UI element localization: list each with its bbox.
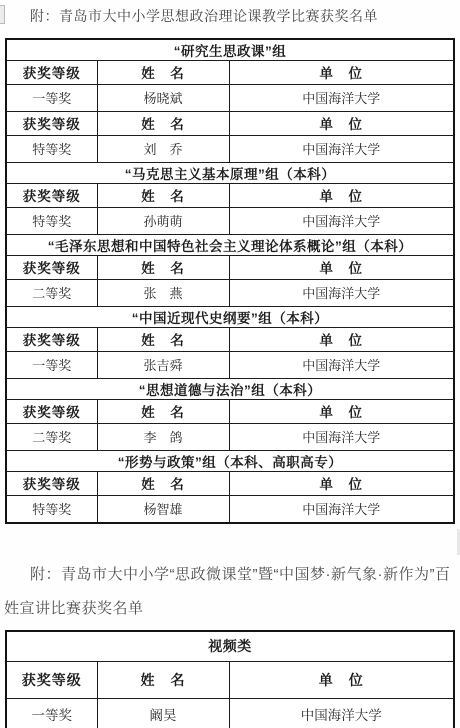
cell-award-level: 二等奖	[6, 423, 97, 450]
col-header-name: 姓 名	[97, 399, 229, 423]
column-header-row: 获奖等级姓 名单 位	[6, 327, 454, 351]
col-header-unit: 单 位	[229, 60, 454, 84]
col-header-name: 姓 名	[97, 255, 229, 279]
col-header-name: 姓 名	[97, 183, 229, 207]
cell-award-level: 特等奖	[6, 207, 97, 234]
left-edge-fragment	[0, 5, 5, 24]
col-header-level: 获奖等级	[6, 60, 97, 84]
cell-award-level: 一等奖	[6, 84, 97, 111]
cell-award-level: 一等奖	[6, 351, 97, 378]
section-title-row: “毛泽东思想和中国特色社会主义理论体系概论”组（本科）	[6, 234, 454, 255]
cell-award-level: 二等奖	[6, 279, 97, 306]
cell-unit: 中国海洋大学	[229, 207, 454, 234]
section-title-row: 视频类	[6, 631, 454, 662]
section-title-row: “形势与政策”组（本科、高职高专）	[6, 450, 454, 471]
cell-unit: 中国海洋大学	[229, 698, 454, 728]
col-header-level: 获奖等级	[6, 255, 97, 279]
cell-winner-name: 李 鸽	[97, 423, 229, 450]
column-header-row: 获奖等级姓 名单 位	[6, 399, 454, 423]
cell-winner-name: 刘 乔	[97, 135, 229, 162]
column-header-row: 获奖等级姓 名单 位	[6, 60, 454, 84]
col-header-name: 姓 名	[97, 661, 229, 698]
col-header-name: 姓 名	[97, 60, 229, 84]
cell-unit: 中国海洋大学	[229, 423, 454, 450]
section-title: “形势与政策”组（本科、高职高专）	[6, 450, 454, 471]
section-title: “毛泽东思想和中国特色社会主义理论体系概论”组（本科）	[6, 234, 454, 255]
cell-winner-name: 杨智雄	[97, 495, 229, 523]
cell-unit: 中国海洋大学	[229, 495, 454, 523]
col-header-name: 姓 名	[97, 327, 229, 351]
award-row: 特等奖刘 乔中国海洋大学	[6, 135, 454, 162]
cell-winner-name: 孙萌萌	[97, 207, 229, 234]
award-row: 特等奖杨智雄中国海洋大学	[6, 495, 454, 523]
section-title: “研究生思政课”组	[6, 39, 454, 61]
cell-winner-name: 张吉舜	[97, 351, 229, 378]
col-header-unit: 单 位	[229, 471, 454, 495]
column-header-row: 获奖等级姓 名单 位	[6, 661, 454, 698]
col-header-unit: 单 位	[229, 327, 454, 351]
col-header-level: 获奖等级	[6, 183, 97, 207]
cell-unit: 中国海洋大学	[229, 84, 454, 111]
col-header-level: 获奖等级	[6, 111, 97, 135]
section-title-row: “研究生思政课”组	[6, 39, 454, 61]
award-row: 二等奖李 鸽中国海洋大学	[6, 423, 454, 450]
award-row: 二等奖张 燕中国海洋大学	[6, 279, 454, 306]
cell-award-level: 特等奖	[6, 495, 97, 523]
awards-table-teaching-competition: “研究生思政课”组获奖等级姓 名单 位一等奖杨晓斌中国海洋大学获奖等级姓 名单 …	[5, 38, 455, 524]
col-header-level: 获奖等级	[6, 399, 97, 423]
award-row: 特等奖孙萌萌中国海洋大学	[6, 207, 454, 234]
cell-unit: 中国海洋大学	[229, 135, 454, 162]
attachment-title-1: 附：青岛市大中小学思想政治理论课教学比赛获奖名单	[6, 7, 450, 27]
section-title: “马克思主义基本原理”组（本科）	[6, 162, 454, 183]
column-header-row: 获奖等级姓 名单 位	[6, 255, 454, 279]
col-header-unit: 单 位	[229, 183, 454, 207]
col-header-unit: 单 位	[229, 399, 454, 423]
section-title-row: “马克思主义基本原理”组（本科）	[6, 162, 454, 183]
col-header-unit: 单 位	[229, 111, 454, 135]
cell-unit: 中国海洋大学	[229, 351, 454, 378]
attachment-title-2: 附：青岛市大中小学“思政微课堂”暨“中国梦·新气象·新作为”百姓宣讲比赛获奖名单	[4, 558, 454, 627]
section-title-row: “思想道德与法治”组（本科）	[6, 378, 454, 399]
col-header-unit: 单 位	[229, 255, 454, 279]
col-header-level: 获奖等级	[6, 471, 97, 495]
col-header-name: 姓 名	[97, 111, 229, 135]
cell-award-level: 一等奖	[6, 698, 97, 728]
column-header-row: 获奖等级姓 名单 位	[6, 471, 454, 495]
cell-unit: 中国海洋大学	[229, 279, 454, 306]
cell-winner-name: 张 燕	[97, 279, 229, 306]
col-header-level: 获奖等级	[6, 661, 97, 698]
award-row: 一等奖阚昊中国海洋大学	[6, 698, 454, 728]
column-header-row: 获奖等级姓 名单 位	[6, 183, 454, 207]
cell-award-level: 特等奖	[6, 135, 97, 162]
col-header-name: 姓 名	[97, 471, 229, 495]
column-header-row: 获奖等级姓 名单 位	[6, 111, 454, 135]
award-row: 一等奖杨晓斌中国海洋大学	[6, 84, 454, 111]
section-title: 视频类	[6, 631, 454, 662]
col-header-level: 获奖等级	[6, 327, 97, 351]
awards-table-micro-class: 视频类获奖等级姓 名单 位一等奖阚昊中国海洋大学	[5, 630, 455, 728]
section-title: “中国近现代史纲要”组（本科）	[6, 306, 454, 327]
cell-winner-name: 阚昊	[97, 698, 229, 728]
section-title-row: “中国近现代史纲要”组（本科）	[6, 306, 454, 327]
cell-winner-name: 杨晓斌	[97, 84, 229, 111]
section-title: “思想道德与法治”组（本科）	[6, 378, 454, 399]
award-row: 一等奖张吉舜中国海洋大学	[6, 351, 454, 378]
col-header-unit: 单 位	[229, 661, 454, 698]
